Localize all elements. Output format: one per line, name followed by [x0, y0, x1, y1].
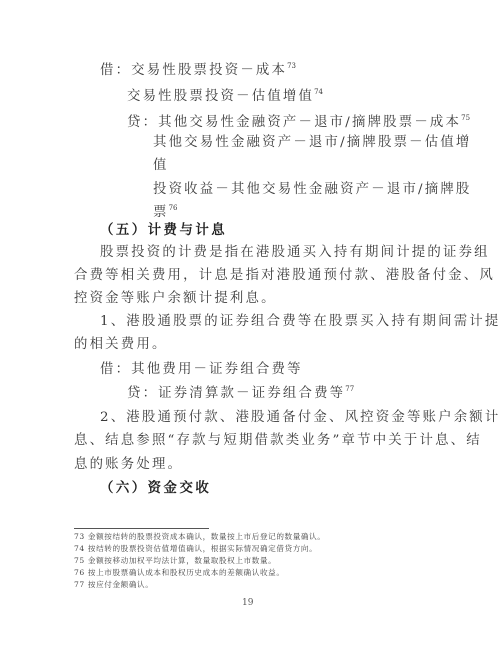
footnote-divider [74, 528, 209, 529]
footnote-ref[interactable]: 74 [314, 88, 323, 96]
journal-credit-line-2-cont: 值 [153, 157, 169, 175]
paragraph-line: 股票投资的计费是指在港股通买入持有期间计提的证券组 [100, 244, 490, 262]
entry-text: 交易性股票投资－估值增值 [127, 89, 314, 104]
paragraph-line: 息、结息参照“存款与短期借款类业务”章节中关于计息、结 [74, 432, 482, 450]
entry-text: 投资收益－其他交易性金融资产－退市/摘牌股 [153, 182, 472, 197]
footnote-ref[interactable]: 73 [287, 62, 296, 70]
footnote-76: 76 按上市股票确认成本和股权历史成本的差额确认收益。 [74, 567, 285, 578]
journal-credit-line-2: 其他交易性金融资产－退市/摘牌股票－估值增 [153, 134, 472, 152]
journal-debit-line: 借：交易性股票投资－成本73 [100, 62, 296, 80]
footnote-74: 74 按结转的股票投资估值增值确认，根据实际情况确定借贷方向。 [74, 543, 317, 554]
journal-credit-line: 贷：证券清算款－证券组合费等77 [127, 385, 354, 403]
paragraph-line: 息的账务处理。 [74, 456, 183, 474]
paragraph-line: 2、港股通预付款、港股通备付金、风控资金等账户余额计 [100, 409, 500, 427]
footnote-ref[interactable]: 76 [169, 204, 178, 212]
journal-credit-line-3-cont: 票76 [153, 204, 178, 222]
footnote-75: 75 金额按移动加权平均法计算，数量取股权上市数量。 [74, 555, 276, 566]
footnote-77: 77 按应付金额确认。 [74, 579, 153, 590]
entry-text: 其他交易性金融资产－退市/摘牌股票－估值增 [153, 135, 472, 150]
journal-credit-line-3: 投资收益－其他交易性金融资产－退市/摘牌股 [153, 181, 472, 199]
footnote-ref[interactable]: 75 [461, 114, 470, 122]
section-heading-6: （六）资金交收 [100, 480, 211, 498]
paragraph-line: 控资金等账户余额计提利息。 [74, 290, 277, 308]
entry-text: 贷：其他交易性金融资产－退市/摘牌股票－成本 [127, 115, 461, 130]
entry-text: 贷：证券清算款－证券组合费等 [127, 386, 345, 401]
journal-credit-line: 贷：其他交易性金融资产－退市/摘牌股票－成本75 [127, 114, 470, 132]
section-heading-5: （五）计费与计息 [100, 222, 227, 240]
entry-text: 值 [153, 158, 169, 173]
paragraph-line: 的相关费用。 [74, 336, 168, 354]
journal-debit-line: 借：其他费用－证券组合费等 [100, 361, 303, 379]
paragraph-line: 合费等相关费用，计息是指对港股通预付款、港股备付金、风 [74, 267, 495, 285]
entry-text: 借：交易性股票投资－成本 [100, 63, 287, 78]
entry-text: 票 [153, 205, 169, 220]
page-number: 19 [242, 598, 253, 608]
footnote-ref[interactable]: 77 [345, 385, 354, 393]
paragraph-line: 1、港股通股票的证券组合费等在股票买入持有期间需计提 [100, 313, 500, 331]
footnote-73: 73 金额按结转的股票投资成本确认，数量按上市后登记的数量确认。 [74, 531, 326, 542]
journal-debit-line-2: 交易性股票投资－估值增值74 [127, 88, 323, 106]
